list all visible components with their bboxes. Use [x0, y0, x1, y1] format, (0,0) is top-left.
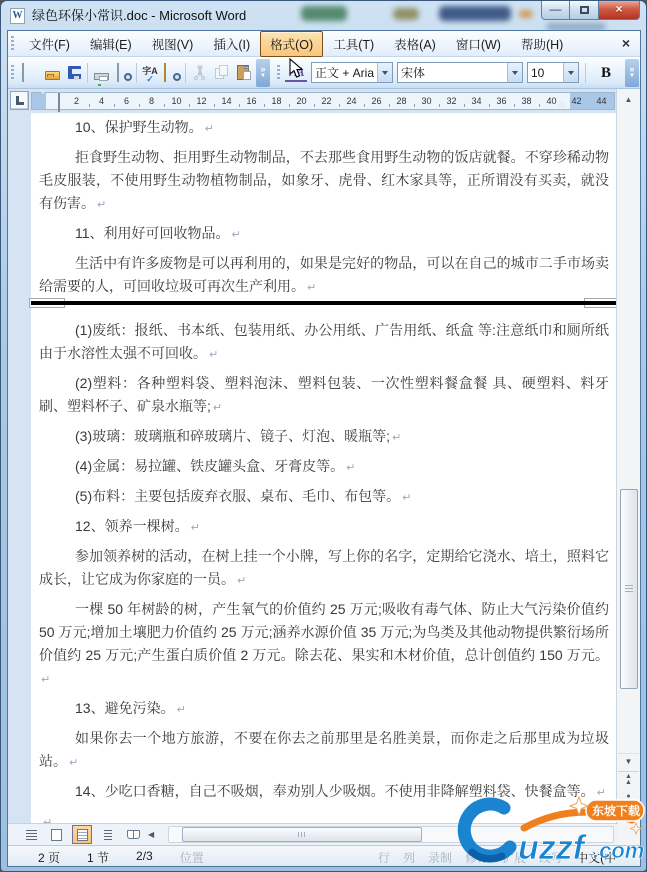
word-window: W 绿色环保小常识.doc - Microsoft Word — × 文件(F)…	[0, 0, 647, 872]
menu-item[interactable]: 文件(F)	[19, 31, 80, 57]
copy-pages-icon	[213, 64, 230, 81]
scroll-down-button[interactable]: ▼	[618, 753, 639, 769]
menu-item[interactable]: 格式(O)	[260, 31, 323, 57]
horizontal-scroll-thumb[interactable]	[182, 827, 422, 842]
paragraph-mark-icon: ↵	[237, 575, 246, 587]
document-page-1[interactable]: 10、保护野生动物。↵ 拒食野生动物、拒用野生动物制品，不去那些食用野生动物的饭…	[31, 113, 618, 297]
paragraph-mark-icon: ↵	[346, 462, 355, 474]
floppy-disk-icon	[68, 66, 81, 79]
left-tab-icon	[16, 96, 24, 105]
toolbar-grip-icon[interactable]	[11, 36, 14, 52]
clipboard-icon	[237, 65, 249, 80]
paragraph: 如果你去一个地方旅游，不要在你去之前那里是名胜美景，而你走之后那里成为垃圾站。↵	[39, 727, 609, 775]
status-item: 1 节	[87, 849, 109, 866]
ruler-number: 42	[564, 93, 589, 109]
printer-icon	[94, 73, 109, 80]
style-combobox[interactable]: 正文 + Aria	[311, 62, 393, 83]
watermark-badge: 东坡下载	[592, 803, 640, 818]
menu-item[interactable]: 工具(T)	[323, 31, 384, 57]
paragraph: (1)废纸：报纸、书本纸、包装用纸、办公用纸、广告用纸、纸盒 等:注意纸巾和厕所…	[39, 319, 609, 367]
toolbar-options-button[interactable]: »▼	[256, 59, 270, 87]
scroll-up-button[interactable]: ▲	[618, 91, 639, 107]
toolbar-separator	[185, 63, 186, 83]
paragraph-mark-icon: ↵	[307, 282, 316, 294]
menu-item[interactable]: 帮助(H)	[511, 31, 573, 57]
maximize-button[interactable]	[570, 1, 598, 20]
spelling-icon: 字A✓	[142, 64, 159, 81]
paragraph: 生活中有许多废物是可以再利用的，如果是完好的物品，可以在自己的城市二手市场卖给需…	[39, 252, 609, 297]
paragraph: 11、利用好可回收物品。↵	[39, 222, 609, 247]
outline-view-icon	[104, 830, 112, 840]
print-preview-button[interactable]	[112, 61, 134, 85]
magnifier-icon	[124, 73, 132, 81]
ruler-ticks	[89, 104, 554, 107]
ruler-row: 2468101214161820222426283032343638404244	[8, 89, 618, 113]
normal-view-icon	[26, 830, 37, 840]
menu-item[interactable]: 表格(A)	[384, 31, 446, 57]
open-folder-icon	[45, 71, 60, 80]
close-document-icon[interactable]: ×	[622, 35, 630, 51]
down-arrow-icon	[382, 71, 388, 78]
paragraph: 13、避免污染。↵	[39, 697, 609, 722]
paragraph: 10、保护野生动物。↵	[39, 116, 609, 141]
watermark-name: uzzf	[518, 829, 588, 867]
down-arrow-icon	[512, 71, 518, 78]
toolbar-grip-icon[interactable]	[277, 65, 280, 81]
paragraph-mark-icon: ↵	[232, 229, 241, 241]
print-button[interactable]	[90, 61, 112, 85]
dropdown-button[interactable]	[377, 63, 392, 82]
window-title: 绿色环保小常识.doc - Microsoft Word	[32, 1, 246, 31]
minimize-button[interactable]: —	[541, 1, 570, 20]
bold-button[interactable]: B	[594, 61, 618, 85]
status-item: 2/3	[136, 849, 153, 866]
toolbar: 字A✓ »▼ AA 正文 + Aria 宋体 10	[8, 57, 640, 89]
spelling-grammar-button[interactable]: 字A✓	[139, 61, 161, 85]
down-arrow-icon: ▼	[260, 73, 266, 80]
client-area: 文件(F)编辑(E)视图(V)插入(I)格式(O)工具(T)表格(A)窗口(W)…	[7, 30, 641, 867]
toolbar-separator	[585, 63, 586, 83]
paragraph: (4)金属：易拉罐、铁皮罐头盒、牙膏皮等。↵	[39, 455, 609, 480]
thumb-grip-icon	[625, 585, 633, 592]
paragraph-mark-icon: ↵	[191, 522, 200, 534]
toolbar-separator	[136, 63, 137, 83]
paragraph-mark-icon: ↵	[69, 757, 78, 769]
menu-item[interactable]: 窗口(W)	[446, 31, 511, 57]
web-layout-view-button[interactable]	[47, 827, 65, 843]
paragraph: (5)布料：主要包括废弃衣服、桌布、毛巾、布包等。↵	[39, 485, 609, 510]
paragraph-mark-icon: ↵	[402, 492, 411, 504]
watermark-tld: .com	[593, 838, 644, 863]
reading-layout-icon	[127, 830, 140, 839]
paragraph: 拒食野生动物、拒用野生动物制品，不去那些食用野生动物的饭店就餐。不穿珍稀动物毛皮…	[39, 146, 609, 217]
magnifier-icon	[173, 73, 181, 81]
page-break-line	[31, 301, 618, 305]
font-size-value: 10	[528, 66, 563, 80]
document-area: 10、保护野生动物。↵ 拒食野生动物、拒用野生动物制品，不去那些食用野生动物的饭…	[8, 113, 618, 823]
preview-page-icon	[117, 63, 119, 82]
toolbar-separator	[87, 63, 88, 83]
research-book-icon	[164, 63, 166, 82]
paragraph: (2)塑料：各种塑料袋、塑料泡沫、塑料包装、一次性塑料餐盒餐 具、硬塑料、料牙刷…	[39, 372, 609, 420]
font-size-combobox[interactable]: 10	[527, 62, 579, 83]
right-indent-marker[interactable]	[557, 101, 567, 108]
title-bar[interactable]: W 绿色环保小常识.doc - Microsoft Word — ×	[1, 1, 646, 31]
web-layout-icon	[51, 829, 62, 841]
down-arrow-icon: ▼	[629, 73, 635, 80]
desktop-blur-decoration	[393, 8, 419, 20]
paragraph-mark-icon: ↵	[205, 123, 214, 135]
paragraph: 12、领养一棵树。↵	[39, 515, 609, 540]
status-item: 位置	[180, 849, 204, 866]
restore-icon	[580, 6, 589, 14]
save-button[interactable]	[63, 61, 85, 85]
paragraph: (3)玻璃：玻璃瓶和碎玻璃片、镜子、灯泡、暖瓶等;↵	[39, 425, 609, 450]
document-page-2[interactable]: (1)废纸：报纸、书本纸、包装用纸、办公用纸、广告用纸、纸盒 等:注意纸巾和厕所…	[31, 309, 618, 823]
word-app-icon: W	[10, 8, 25, 24]
menu-item[interactable]: 编辑(E)	[80, 31, 142, 57]
status-toggle[interactable]: 行	[378, 849, 390, 866]
dropdown-button[interactable]	[507, 63, 522, 82]
paragraph: 一棵 50 年树龄的树，产生氧气的价值约 25 万元;吸收有毒气体、防止大气污染…	[39, 598, 609, 692]
logo-swoosh-icon	[464, 804, 510, 856]
desktop-blur-decoration	[301, 6, 347, 21]
close-button[interactable]: ×	[598, 1, 640, 20]
desktop-blur-decoration	[439, 6, 511, 21]
ruler-number: 44	[589, 93, 614, 109]
paragraph-mark-icon: ↵	[209, 349, 218, 361]
dropdown-button[interactable]	[563, 63, 578, 82]
chevron-icon: »	[260, 65, 265, 73]
previous-page-button[interactable]: ▲▲	[618, 771, 639, 787]
open-button[interactable]	[41, 61, 63, 85]
down-arrow-icon	[568, 71, 574, 78]
cut-button[interactable]	[188, 61, 210, 85]
page-break	[31, 297, 618, 309]
paragraph-mark-icon: ↵	[41, 674, 50, 686]
thumb-grip-icon	[298, 832, 307, 837]
toolbar-grip-icon[interactable]	[11, 65, 14, 81]
print-layout-icon	[77, 829, 88, 841]
paragraph-mark-icon: ↵	[392, 432, 401, 444]
vertical-scrollbar[interactable]: ▲ ▼ ▲▲ ● ▼▼	[616, 89, 640, 845]
outline-view-button[interactable]	[99, 827, 117, 843]
horizontal-ruler[interactable]: 2468101214161820222426283032343638404244	[31, 92, 615, 110]
style-value: 正文 + Aria	[312, 64, 377, 81]
check-icon: ✓	[142, 76, 159, 82]
vertical-scroll-thumb[interactable]	[620, 489, 638, 689]
menu-bar: 文件(F)编辑(E)视图(V)插入(I)格式(O)工具(T)表格(A)窗口(W)…	[8, 31, 640, 57]
paragraph-mark-icon: ↵	[177, 704, 186, 716]
sparkle-star-icon	[631, 823, 642, 834]
ruler-number: 2	[64, 93, 89, 109]
paragraph: 参加领养树的活动，在树上挂一个小牌，写上你的名字，定期给它浇水、培土，照料它成长…	[39, 545, 609, 593]
scroll-left-button[interactable]: ◀	[148, 830, 154, 839]
tab-selector-button[interactable]	[10, 91, 29, 110]
paragraph-mark-icon: ↵	[213, 402, 222, 414]
research-button[interactable]	[161, 61, 183, 85]
reading-layout-view-button[interactable]	[124, 827, 142, 843]
new-document-icon	[22, 63, 24, 82]
copy-button[interactable]	[210, 61, 232, 85]
indent-marker[interactable]	[38, 94, 48, 112]
font-combobox[interactable]: 宋体	[397, 62, 523, 83]
new-document-button[interactable]	[19, 61, 41, 85]
print-layout-view-button[interactable]	[72, 825, 92, 844]
paste-button[interactable]	[232, 61, 254, 85]
menu-item[interactable]: 视图(V)	[142, 31, 204, 57]
toolbar-options-button[interactable]: »▼	[625, 59, 639, 87]
desktop-blur-decoration	[519, 10, 533, 18]
chevron-icon: »	[629, 65, 634, 73]
menu-item[interactable]: 插入(I)	[203, 31, 260, 57]
normal-view-button[interactable]	[22, 827, 40, 843]
status-toggle[interactable]: 列	[403, 849, 415, 866]
uzzf-watermark-logo: uzzf .com 东坡下载	[446, 795, 647, 871]
paragraph-mark-icon: ↵	[97, 199, 106, 211]
font-value: 宋体	[398, 64, 507, 81]
status-item: 2 页	[38, 849, 60, 866]
scissors-icon	[191, 64, 208, 81]
mouse-cursor	[289, 58, 304, 79]
